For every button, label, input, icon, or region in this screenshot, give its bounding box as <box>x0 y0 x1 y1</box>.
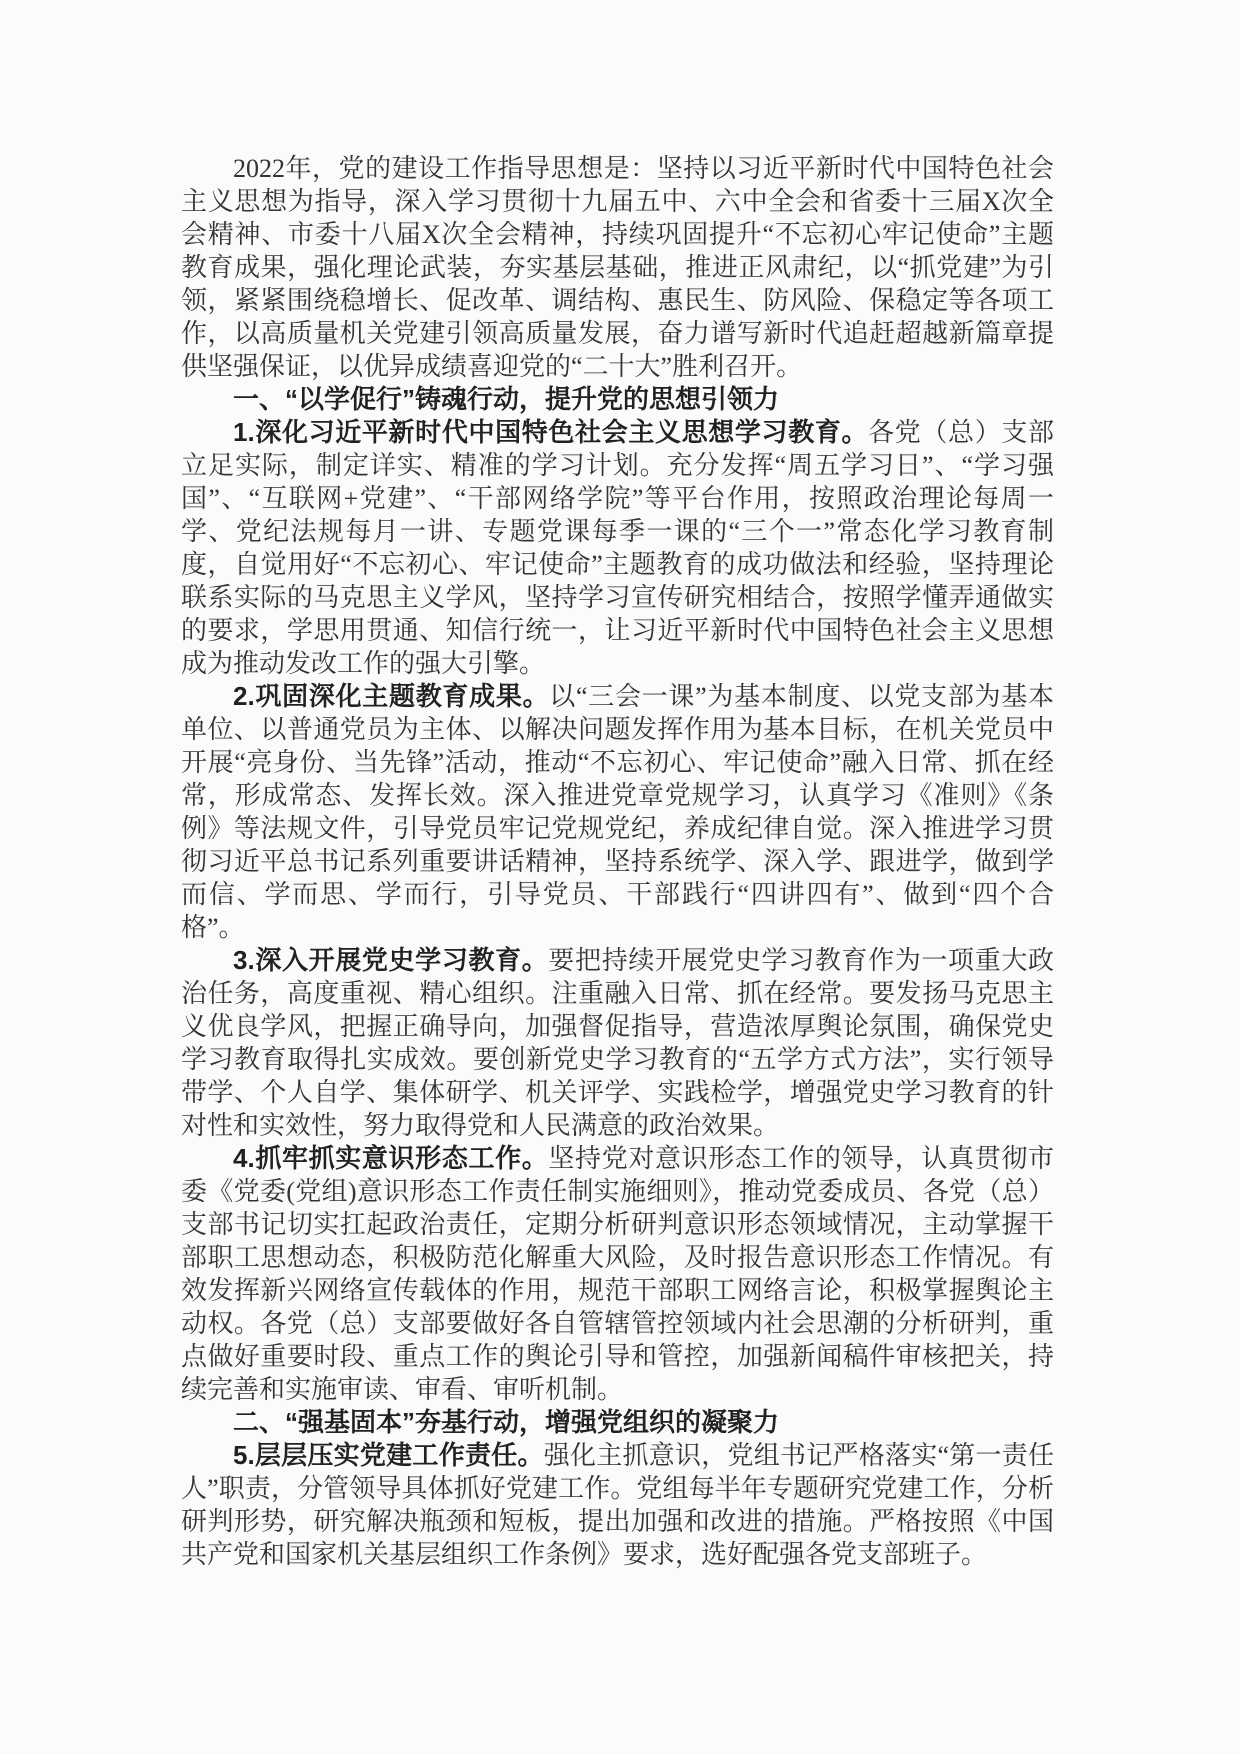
paragraph-4-body: 坚持党对意识形态工作的领导，认真贯彻市委《党委(党组)意识形态工作责任制实施细则… <box>181 1144 1054 1404</box>
numbered-paragraph-4: 4.抓牢抓实意识形态工作。坚持党对意识形态工作的领导，认真贯彻市委《党委(党组)… <box>181 1142 1054 1406</box>
document-page: 2022年，党的建设工作指导思想是：坚持以习近平新时代中国特色社会主义思想为指导… <box>0 0 1240 1754</box>
paragraph-4-lead: 4.抓牢抓实意识形态工作。 <box>233 1143 548 1173</box>
paragraph-1-body: 各党（总）支部立足实际，制定详实、精准的学习计划。充分发挥“周五学习日”、“学习… <box>181 418 1054 678</box>
paragraph-1-lead: 1.深化习近平新时代中国特色社会主义思想学习教育。 <box>233 417 868 447</box>
numbered-paragraph-5: 5.层层压实党建工作责任。强化主抓意识，党组书记严格落实“第一责任人”职责，分管… <box>181 1439 1054 1571</box>
paragraph-5-lead: 5.层层压实党建工作责任。 <box>233 1440 544 1470</box>
paragraph-3-lead: 3.深入开展党史学习教育。 <box>233 945 548 975</box>
numbered-paragraph-2: 2.巩固深化主题教育成果。以“三会一课”为基本制度、以党支部为基本单位、以普通党… <box>181 680 1054 944</box>
intro-paragraph: 2022年，党的建设工作指导思想是：坚持以习近平新时代中国特色社会主义思想为指导… <box>181 152 1054 383</box>
numbered-paragraph-1: 1.深化习近平新时代中国特色社会主义思想学习教育。各党（总）支部立足实际，制定详… <box>181 416 1054 680</box>
section-1-heading: 一、“以学促行”铸魂行动，提升党的思想引领力 <box>181 383 1054 416</box>
numbered-paragraph-3: 3.深入开展党史学习教育。要把持续开展党史学习教育作为一项重大政治任务，高度重视… <box>181 944 1054 1142</box>
paragraph-2-lead: 2.巩固深化主题教育成果。 <box>233 681 549 711</box>
paragraph-2-body: 以“三会一课”为基本制度、以党支部为基本单位、以普通党员为主体、以解决问题发挥作… <box>181 682 1054 942</box>
section-2-heading: 二、“强基固本”夯基行动，增强党组织的凝聚力 <box>181 1406 1054 1439</box>
paragraph-3-body: 要把持续开展党史学习教育作为一项重大政治任务，高度重视、精心组织。注重融入日常、… <box>181 946 1054 1140</box>
document-content: 2022年，党的建设工作指导思想是：坚持以习近平新时代中国特色社会主义思想为指导… <box>181 152 1054 1571</box>
